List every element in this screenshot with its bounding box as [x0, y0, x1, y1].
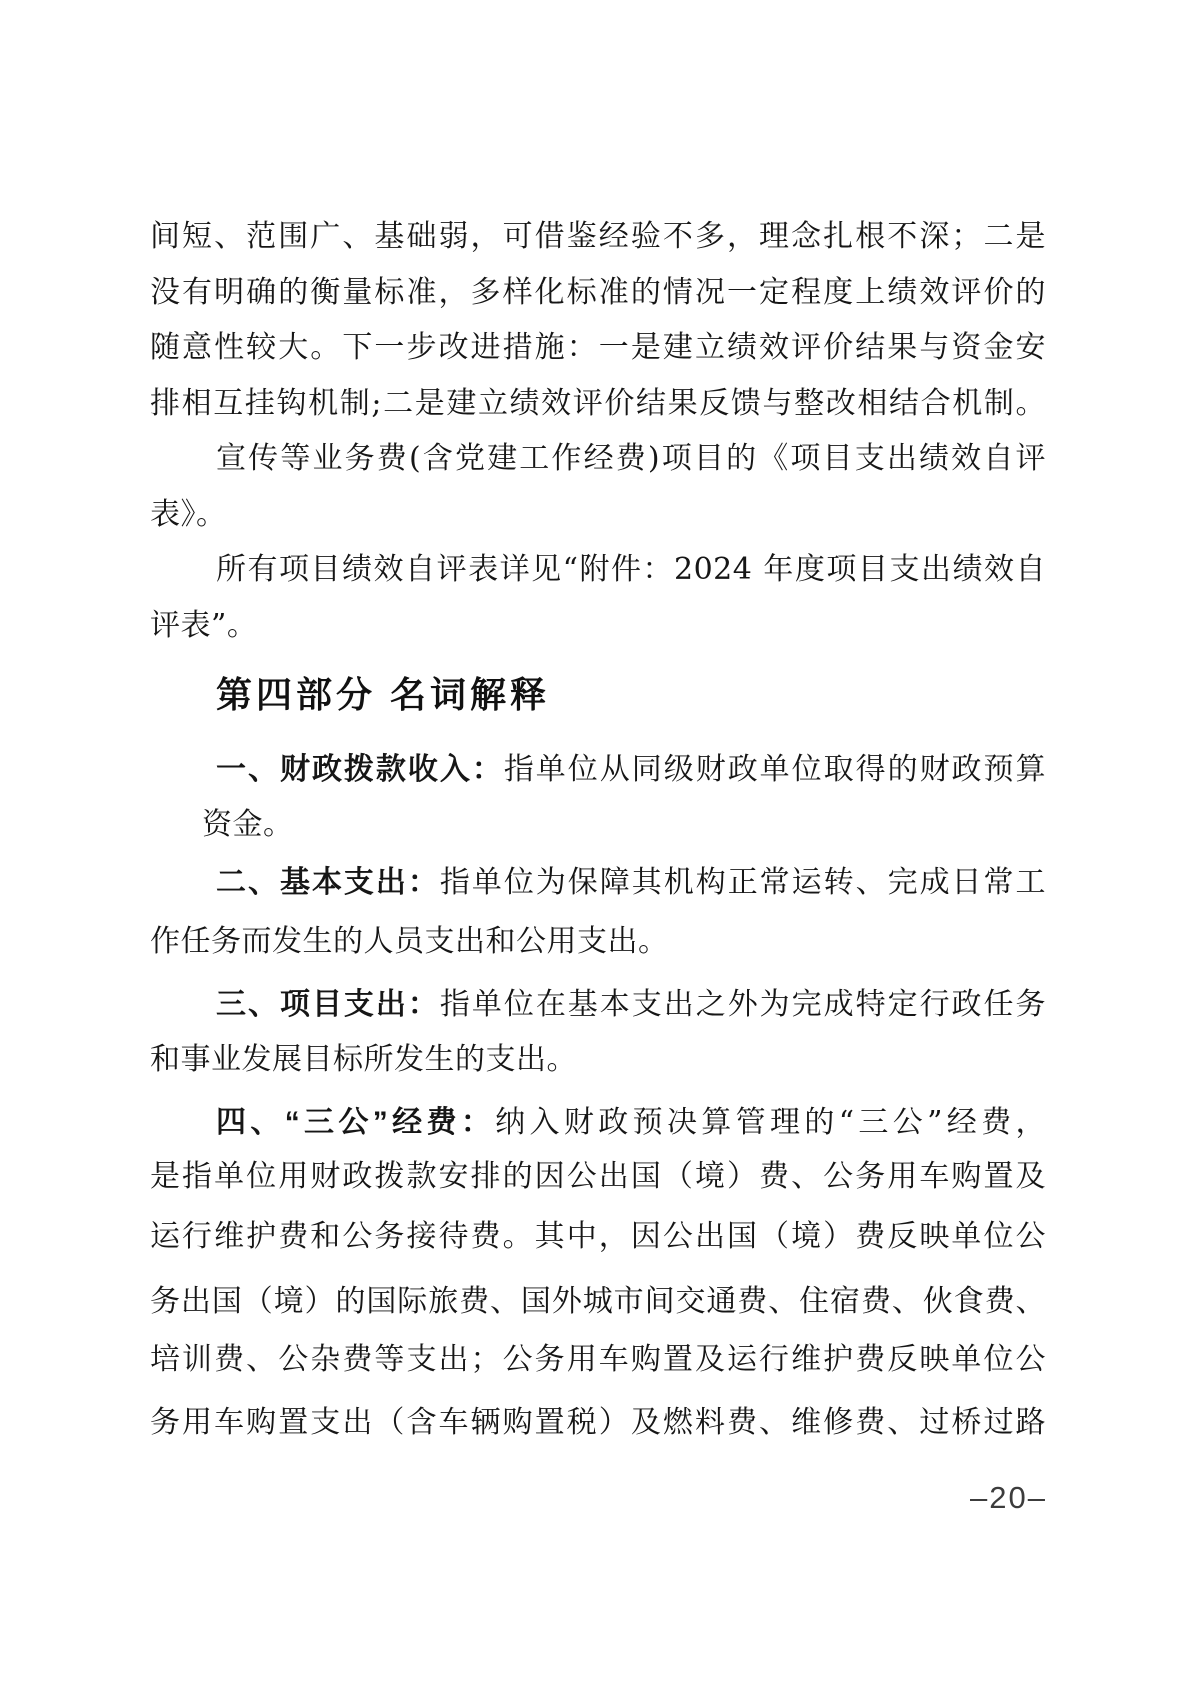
text-line: 所有项目绩效自评表详见“附件：2024 年度项目支出绩效自 — [150, 549, 1046, 591]
text-run: 务出国（境）的国际旅费、国外城市间交通费、住宿费、伙食费、 — [150, 1284, 1046, 1319]
text-line: 间短、范围广、基础弱，可借鉴经验不多，理念扎根不深；二是 — [150, 216, 1046, 258]
text-line: 排相互挂钩机制;二是建立绩效评价结果反馈与整改相结合机制。 — [150, 383, 1046, 425]
bold-term: 第四部分 名词解释 — [216, 674, 550, 715]
page-number: –20– — [970, 1480, 1047, 1516]
text-run: 培训费、公杂费等支出；公务用车购置及运行维护费反映单位公 — [150, 1342, 1046, 1377]
text-line: 一、财政拨款收入：指单位从同级财政单位取得的财政预算 — [150, 749, 1046, 791]
text-line: 资金。 — [150, 804, 1046, 846]
text-run: 所有项目绩效自评表详见“附件：2024 年度项目支出绩效自 — [216, 552, 1046, 587]
text-line: 培训费、公杂费等支出；公务用车购置及运行维护费反映单位公 — [150, 1339, 1046, 1381]
text-line: 运行维护费和公务接待费。其中，因公出国（境）费反映单位公 — [150, 1216, 1046, 1258]
text-line: 务出国（境）的国际旅费、国外城市间交通费、住宿费、伙食费、 — [150, 1281, 1046, 1323]
text-run: 表》。 — [150, 497, 227, 532]
text-line: 是指单位用财政拨款安排的因公出国（境）费、公务用车购置及 — [150, 1156, 1046, 1198]
text-line: 宣传等业务费(含党建工作经费)项目的《项目支出绩效自评 — [150, 438, 1046, 480]
text-run: 间短、范围广、基础弱，可借鉴经验不多，理念扎根不深；二是 — [150, 219, 1046, 254]
text-run: 和事业发展目标所发生的支出。 — [150, 1042, 577, 1077]
text-run: 纳入财政预决算管理的“三公”经费， — [495, 1105, 1046, 1140]
text-line: 随意性较大。下一步改进措施：一是建立绩效评价结果与资金安 — [150, 327, 1046, 369]
text-line: 没有明确的衡量标准，多样化标准的情况一定程度上绩效评价的 — [150, 272, 1046, 314]
document-page: 间短、范围广、基础弱，可借鉴经验不多，理念扎根不深；二是没有明确的衡量标准，多样… — [0, 0, 1190, 1683]
text-line: 表》。 — [150, 494, 1046, 536]
text-line: 和事业发展目标所发生的支出。 — [150, 1039, 1046, 1081]
text-line: 四、“三公”经费：纳入财政预决算管理的“三公”经费， — [150, 1102, 1046, 1144]
text-run: 宣传等业务费(含党建工作经费)项目的《项目支出绩效自评 — [216, 441, 1046, 476]
bold-term: 三、项目支出： — [216, 988, 440, 1021]
text-run: 评表”。 — [150, 608, 257, 643]
text-line: 作任务而发生的人员支出和公用支出。 — [150, 921, 1046, 963]
section-heading: 第四部分 名词解释 — [150, 674, 1046, 716]
text-run: 指单位为保障其机构正常运转、完成日常工 — [440, 865, 1046, 900]
text-run: 随意性较大。下一步改进措施：一是建立绩效评价结果与资金安 — [150, 330, 1046, 365]
text-run: 指单位在基本支出之外为完成特定行政任务 — [440, 987, 1046, 1022]
text-run: 资金。 — [202, 807, 294, 842]
text-line: 二、基本支出：指单位为保障其机构正常运转、完成日常工 — [150, 862, 1046, 904]
text-line: 务用车购置支出（含车辆购置税）及燃料费、维修费、过桥过路 — [150, 1402, 1046, 1444]
text-run: 运行维护费和公务接待费。其中，因公出国（境）费反映单位公 — [150, 1219, 1046, 1254]
text-line: 评表”。 — [150, 605, 1046, 647]
text-run: 务用车购置支出（含车辆购置税）及燃料费、维修费、过桥过路 — [150, 1405, 1046, 1440]
text-run: 作任务而发生的人员支出和公用支出。 — [150, 924, 669, 959]
text-run: 排相互挂钩机制;二是建立绩效评价结果反馈与整改相结合机制。 — [150, 386, 1046, 421]
bold-term: 一、财政拨款收入： — [216, 753, 504, 786]
text-run: 没有明确的衡量标准，多样化标准的情况一定程度上绩效评价的 — [150, 275, 1046, 310]
bold-term: 四、“三公”经费： — [216, 1106, 495, 1139]
text-run: 是指单位用财政拨款安排的因公出国（境）费、公务用车购置及 — [150, 1159, 1046, 1194]
text-run: 指单位从同级财政单位取得的财政预算 — [504, 752, 1046, 787]
text-line: 三、项目支出：指单位在基本支出之外为完成特定行政任务 — [150, 984, 1046, 1026]
bold-term: 二、基本支出： — [216, 866, 440, 899]
